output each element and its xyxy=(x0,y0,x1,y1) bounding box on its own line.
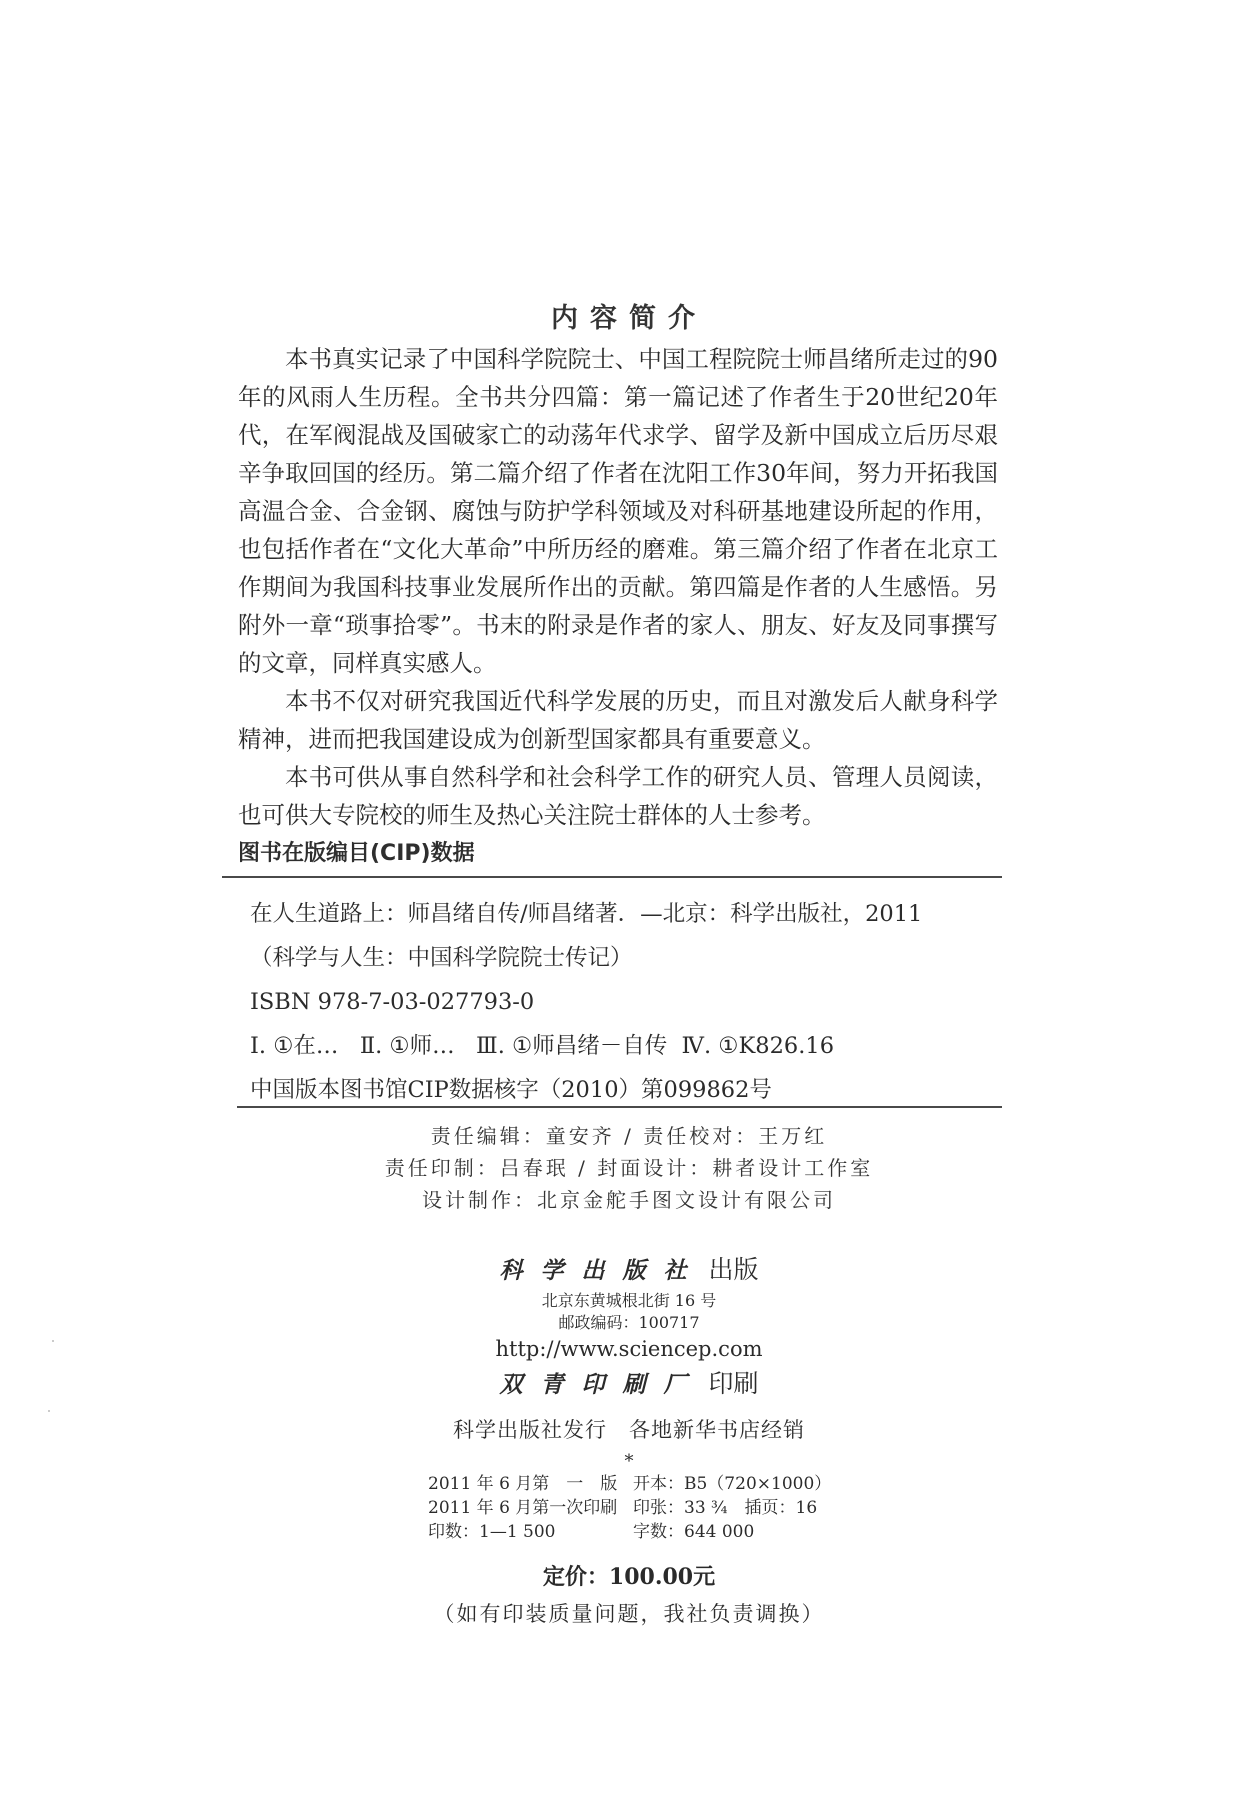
quality-notice: （如有印装质量问题，我社负责调换） xyxy=(0,1598,1258,1628)
publisher-logo-text: 科学出版社 xyxy=(499,1257,704,1284)
printer-role: 印刷 xyxy=(708,1369,758,1398)
publisher-url: http://www.sciencep.com xyxy=(0,1334,1258,1364)
abstract-paragraph: 本书可供从事自然科学和社会科学工作的研究人员、管理人员阅读，也可供大专院校的师生… xyxy=(238,758,998,834)
credits-block: 责任编辑：童安齐 / 责任校对：王万红 责任印制：吕春珉 / 封面设计：耕者设计… xyxy=(0,1120,1258,1216)
abstract-title: 内容简介 xyxy=(0,296,1258,335)
scan-speck xyxy=(52,1340,54,1342)
publisher-row: 科学出版社出版 xyxy=(0,1250,1258,1290)
price: 定价：100.00元 xyxy=(0,1560,1258,1591)
spec-format: 开本：B5（720×1000） xyxy=(633,1472,893,1496)
abstract-paragraph: 本书不仅对研究我国近代科学发展的历史，而且对激发后人献身科学精神，进而把我国建设… xyxy=(238,682,998,758)
distribution-line: 科学出版社发行 各地新华书店经销 xyxy=(0,1410,1258,1450)
publisher-block: 科学出版社出版 北京东黄城根北街 16 号 邮政编码：100717 http:/… xyxy=(0,1250,1258,1474)
credit-line-design: 设计制作：北京金舵手图文设计有限公司 xyxy=(0,1184,1258,1216)
credit-line-printing: 责任印制：吕春珉 / 封面设计：耕者设计工作室 xyxy=(0,1152,1258,1184)
cip-classification-line: Ⅰ. ①在… Ⅱ. ①师… Ⅲ. ①师昌绪－自传 Ⅳ. ①K826.16 xyxy=(250,1024,1010,1068)
cip-top-rule xyxy=(222,876,1002,878)
printer-logo-text: 双青印刷厂 xyxy=(499,1371,704,1398)
separator-asterisk: * xyxy=(0,1450,1258,1474)
spec-word-count: 字数：644 000 xyxy=(633,1520,893,1544)
spec-sheets: 印张：33 ¾ 插页：16 xyxy=(633,1496,893,1520)
abstract-paragraph: 本书真实记录了中国科学院院士、中国工程院院士师昌绪所走过的90年的风雨人生历程。… xyxy=(238,340,998,682)
cip-bottom-rule xyxy=(237,1106,1002,1108)
cip-heading: 图书在版编目(CIP)数据 xyxy=(238,836,475,867)
abstract-body: 本书真实记录了中国科学院院士、中国工程院院士师昌绪所走过的90年的风雨人生历程。… xyxy=(238,340,998,834)
publisher-postcode: 邮政编码：100717 xyxy=(0,1312,1258,1334)
cip-title-line: 在人生道路上：师昌绪自传/师昌绪著．—北京：科学出版社，2011 xyxy=(250,892,1010,936)
spec-edition: 2011 年 6 月第 一 版 xyxy=(428,1472,633,1496)
spec-printing: 2011 年 6 月第一次印刷 xyxy=(428,1496,633,1520)
cip-isbn-line: ISBN 978-7-03-027793-0 xyxy=(250,980,1010,1024)
publisher-role: 出版 xyxy=(708,1255,758,1284)
scan-speck xyxy=(48,1410,50,1412)
printer-row: 双青印刷厂印刷 xyxy=(0,1364,1258,1404)
copyright-page: 内容简介 本书真实记录了中国科学院院士、中国工程院院士师昌绪所走过的90年的风雨… xyxy=(0,0,1258,1811)
spec-print-run: 印数：1—1 500 xyxy=(428,1520,633,1544)
cip-block: 在人生道路上：师昌绪自传/师昌绪著．—北京：科学出版社，2011 （科学与人生：… xyxy=(250,892,1010,1112)
credit-line-editor: 责任编辑：童安齐 / 责任校对：王万红 xyxy=(0,1120,1258,1152)
cip-series-line: （科学与人生：中国科学院院士传记） xyxy=(250,936,1010,980)
edition-specs: 2011 年 6 月第 一 版 开本：B5（720×1000） 2011 年 6… xyxy=(428,1472,888,1544)
publisher-address: 北京东黄城根北街 16 号 xyxy=(0,1290,1258,1312)
